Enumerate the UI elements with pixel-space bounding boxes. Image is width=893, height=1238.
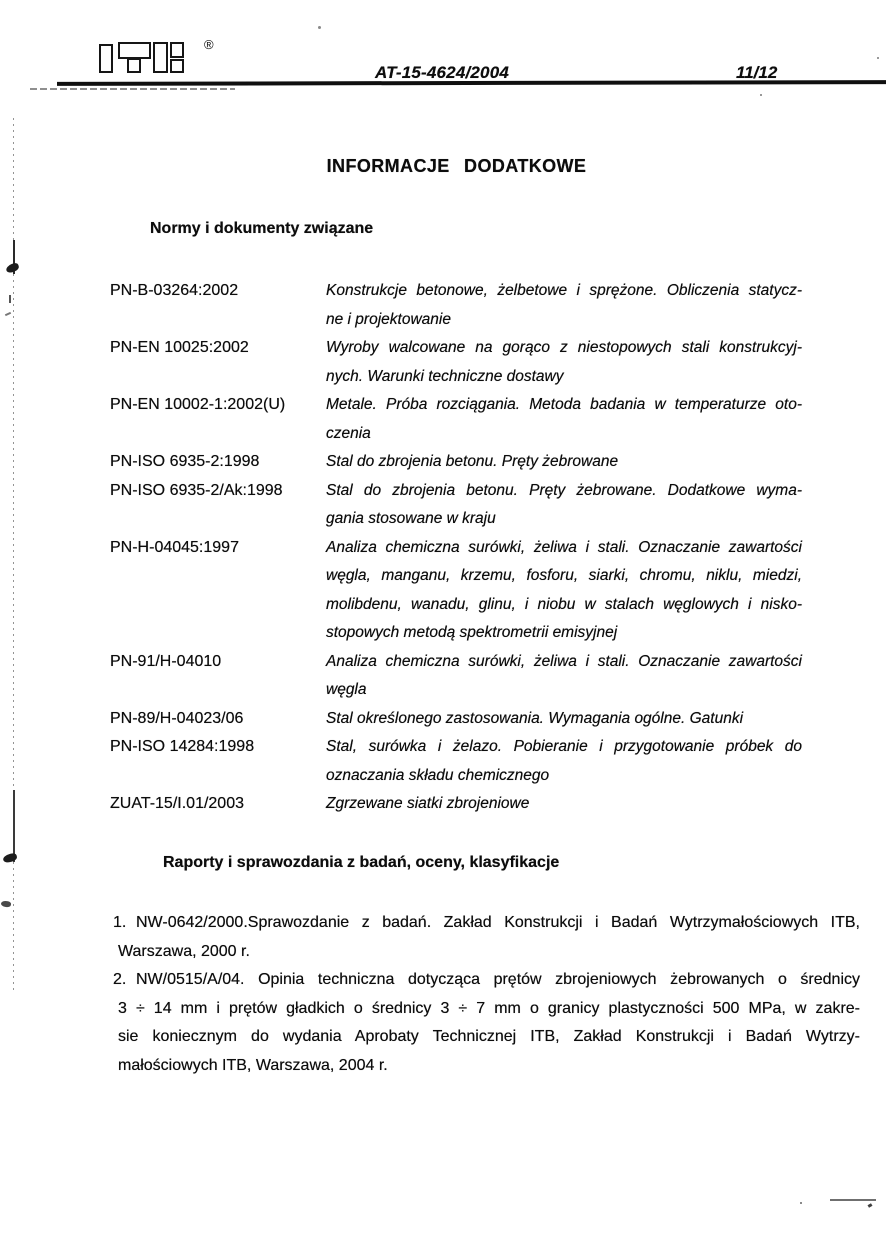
norm-row: PN-H-04045:1997 Analiza chemiczna surówk…: [110, 534, 806, 648]
norm-row: PN-91/H-04010 Analiza chemiczna surówki,…: [110, 648, 806, 705]
norm-description-line: Stal do zbrojenia betonu. Pręty żebrowan…: [326, 448, 802, 477]
norm-description-line: węgla, manganu, krzemu, fosforu, siarki,…: [326, 562, 802, 591]
norm-description-line: Stal, surówka i żelazo. Pobieranie i prz…: [326, 733, 802, 762]
norm-description-line: ne i projektowanie: [326, 306, 802, 335]
scan-artifact-line-segment: [13, 790, 15, 862]
scan-artifact-blot: [2, 852, 18, 863]
norm-description-line: oznaczania składu chemicznego: [326, 762, 802, 791]
norm-code: PN-EN 10002-1:2002(U): [110, 391, 285, 420]
norm-row: PN-EN 10002-1:2002(U) Metale. Próba rozc…: [110, 391, 806, 448]
norm-row: PN-ISO 6935-2:1998 Stal do zbrojenia bet…: [110, 448, 806, 477]
norm-description-line: Stal do zbrojenia betonu. Pręty żebrowan…: [326, 477, 802, 506]
norms-list: PN-B-03264:2002 Konstrukcje betonowe, że…: [110, 277, 806, 819]
report-line-text: NW-0642/2000.Sprawozdanie z badań. Zakła…: [136, 914, 860, 931]
report-number: 1.: [113, 909, 136, 938]
norm-description-line: Metale. Próba rozciągania. Metoda badani…: [326, 391, 802, 420]
norm-description-line: stopowych metodą spektrometrii emisyjnej: [326, 619, 802, 648]
norm-description: Analiza chemiczna surówki, żeliwa i stal…: [326, 648, 802, 705]
norm-description-line: Konstrukcje betonowe, żelbetowe i sprężo…: [326, 277, 802, 306]
norm-description: Konstrukcje betonowe, żelbetowe i sprężo…: [326, 277, 802, 334]
norm-description-line: Analiza chemiczna surówki, żeliwa i stal…: [326, 648, 802, 677]
norm-code: PN-ISO 14284:1998: [110, 733, 254, 762]
norm-row: PN-EN 10025:2002 Wyroby walcowane na gor…: [110, 334, 806, 391]
report-line: Warszawa, 2000 r.: [113, 938, 860, 967]
scan-artifact-speck: [760, 94, 762, 96]
scan-artifact-speck: [800, 1202, 802, 1204]
norm-code: PN-H-04045:1997: [110, 534, 239, 563]
norm-code: PN-ISO 6935-2/Ak:1998: [110, 477, 283, 506]
norm-description-line: gania stosowane w kraju: [326, 505, 802, 534]
scan-artifact-tick: [5, 312, 11, 316]
reports-list: 1.NW-0642/2000.Sprawozdanie z badań. Zak…: [113, 909, 860, 1080]
header-rule: [57, 80, 886, 86]
norm-description-line: Wyroby walcowane na gorąco z niestopowyc…: [326, 334, 802, 363]
norm-description-line: Analiza chemiczna surówki, żeliwa i stal…: [326, 534, 802, 563]
report-number: 2.: [113, 966, 136, 995]
scan-artifact-blot: [5, 262, 20, 274]
norm-code: PN-EN 10025:2002: [110, 334, 249, 363]
norm-description: Stal do zbrojenia betonu. Pręty żebrowan…: [326, 448, 802, 477]
report-line: 3 ÷ 14 mm i prętów gładkich o średnicy 3…: [113, 995, 860, 1024]
norm-description: Metale. Próba rozciągania. Metoda badani…: [326, 391, 802, 448]
norm-description-line: Zgrzewane siatki zbrojeniowe: [326, 790, 802, 819]
norm-description: Wyroby walcowane na gorąco z niestopowyc…: [326, 334, 802, 391]
scan-artifact-speck: [318, 26, 321, 29]
norm-description-line: nych. Warunki techniczne dostawy: [326, 363, 802, 392]
norm-code: PN-ISO 6935-2:1998: [110, 448, 259, 477]
report-line-text: NW/0515/A/04. Opinia techniczna dotycząc…: [136, 971, 860, 988]
norm-row: PN-B-03264:2002 Konstrukcje betonowe, że…: [110, 277, 806, 334]
report-item: 2.NW/0515/A/04. Opinia techniczna dotycz…: [113, 966, 860, 1080]
report-item: 1.NW-0642/2000.Sprawozdanie z badań. Zak…: [113, 909, 860, 966]
section-heading-reports: Raporty i sprawozdania z badań, oceny, k…: [163, 854, 559, 872]
norm-row: PN-89/H-04023/06 Stal określonego zastos…: [110, 705, 806, 734]
logo-block-b-top: [170, 42, 184, 58]
section-heading-norms: Normy i dokumenty związane: [150, 220, 373, 238]
norm-description-line: Stal określonego zastosowania. Wymagania…: [326, 705, 802, 734]
norm-row: ZUAT-15/I.01/2003 Zgrzewane siatki zbroj…: [110, 790, 806, 819]
scan-artifact-bottom-dash: [830, 1199, 876, 1201]
norm-row: PN-ISO 14284:1998 Stal, surówka i żelazo…: [110, 733, 806, 790]
report-line: 1.NW-0642/2000.Sprawozdanie z badań. Zak…: [113, 909, 860, 938]
norm-row: PN-ISO 6935-2/Ak:1998 Stal do zbrojenia …: [110, 477, 806, 534]
norm-description-line: molibdenu, wanadu, glinu, i niobu w stal…: [326, 591, 802, 620]
scan-artifact-speck: [877, 57, 879, 59]
norm-description-line: czenia: [326, 420, 802, 449]
scan-artifact-tick: [9, 295, 11, 303]
scanned-document-page: ® AT-15-4624/2004 11/12 INFORMACJE DODAT…: [0, 0, 893, 1238]
norm-description: Stal określonego zastosowania. Wymagania…: [326, 705, 802, 734]
scan-artifact-speck: [868, 1203, 873, 1208]
norm-description-line: węgla: [326, 676, 802, 705]
norm-description: Stal, surówka i żelazo. Pobieranie i prz…: [326, 733, 802, 790]
page-title: INFORMACJE DODATKOWE: [0, 156, 893, 177]
header-rule-shadow: [30, 88, 235, 90]
report-line: 2.NW/0515/A/04. Opinia techniczna dotycz…: [113, 966, 860, 995]
report-line: małościowych ITB, Warszawa, 2004 r.: [113, 1052, 860, 1081]
norm-code: PN-B-03264:2002: [110, 277, 238, 306]
norm-description: Analiza chemiczna surówki, żeliwa i stal…: [326, 534, 802, 648]
norm-description: Zgrzewane siatki zbrojeniowe: [326, 790, 802, 819]
report-line: sie koniecznym do wydania Aprobaty Techn…: [113, 1023, 860, 1052]
norm-description: Stal do zbrojenia betonu. Pręty żebrowan…: [326, 477, 802, 534]
scan-artifact-blot: [1, 900, 12, 908]
logo-block-t-bar: [118, 42, 151, 59]
norm-code: PN-89/H-04023/06: [110, 705, 243, 734]
registered-trademark-icon: ®: [204, 37, 214, 52]
norm-code: ZUAT-15/I.01/2003: [110, 790, 244, 819]
norm-code: PN-91/H-04010: [110, 648, 221, 677]
